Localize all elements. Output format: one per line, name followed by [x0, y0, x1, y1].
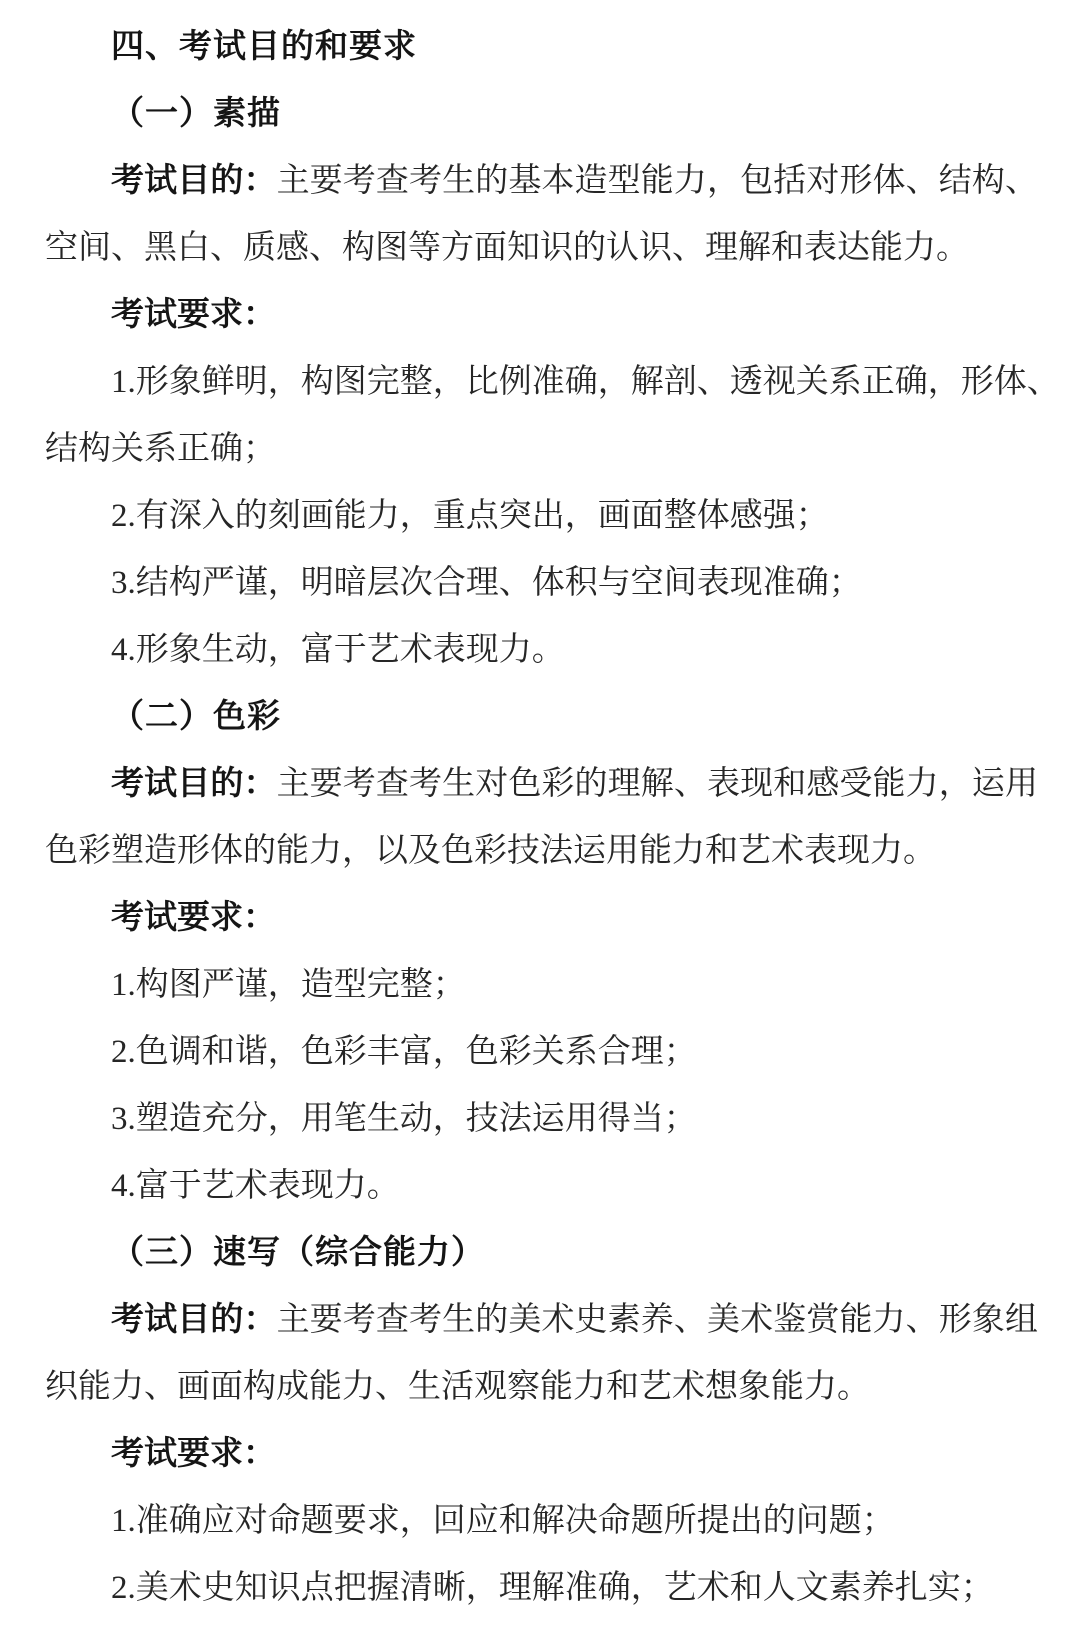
- text-line: 2.有深入的刻画能力，重点突出，画面整体感强；: [45, 483, 1038, 550]
- requirement-item: 2.美术史知识点把握清晰，理解准确，艺术和人文素养扎实；: [45, 1555, 1038, 1622]
- text-line: 考试要求：: [45, 885, 1038, 952]
- requirement-item: 4.富于艺术表现力。: [45, 1153, 1038, 1220]
- requirement-item: 3.塑造充分，用笔生动，技法运用得当；: [45, 1086, 1038, 1153]
- text-line: 考试要求：: [45, 282, 1038, 349]
- subsection-title: （一）素描: [45, 81, 1038, 148]
- text-line: 4.富于艺术表现力。: [45, 1153, 1038, 1220]
- text-line: 1.形象鲜明，构图完整，比例准确，解剖、透视关系正确，形体、: [45, 349, 1038, 416]
- document-page: 四、考试目的和要求（一）素描考试目的：主要考查考生的基本造型能力，包括对形体、结…: [0, 0, 1080, 1628]
- exam-purpose-paragraph: 考试目的：主要考查考生的基本造型能力，包括对形体、结构、空间、黑白、质感、构图等…: [45, 148, 1038, 282]
- line-text: 4.形象生动，富于艺术表现力。: [111, 632, 565, 668]
- text-line: 考试目的：主要考查考生的基本造型能力，包括对形体、结构、: [45, 148, 1038, 215]
- line-text: 2.有深入的刻画能力，重点突出，画面整体感强；: [111, 498, 829, 534]
- text-line: （三）速写（综合能力）: [45, 1220, 1038, 1287]
- heading-text: 四、考试目的和要求: [111, 29, 417, 65]
- requirement-item: 2.色调和谐，色彩丰富，色彩关系合理；: [45, 1019, 1038, 1086]
- line-text: 结构关系正确；: [45, 431, 276, 467]
- heading-text: （二）色彩: [111, 699, 281, 735]
- text-line: 2.色调和谐，色彩丰富，色彩关系合理；: [45, 1019, 1038, 1086]
- exam-requirements-label: 考试要求：: [45, 885, 1038, 952]
- exam-requirements-label: 考试要求：: [45, 282, 1038, 349]
- line-text: 2.色调和谐，色彩丰富，色彩关系合理；: [111, 1034, 697, 1070]
- text-line: 结构关系正确；: [45, 416, 1038, 483]
- text-line: 考试目的：主要考查考生对色彩的理解、表现和感受能力，运用: [45, 751, 1038, 818]
- text-line: 考试目的：主要考查考生的美术史素养、美术鉴赏能力、形象组: [45, 1287, 1038, 1354]
- bold-lead: 考试目的：: [111, 163, 277, 199]
- text-line: 考试要求：: [45, 1421, 1038, 1488]
- text-line: 1.构图严谨，造型完整；: [45, 952, 1038, 1019]
- line-text: 织能力、画面构成能力、生活观察能力和艺术想象能力。: [45, 1369, 870, 1405]
- bold-lead: 考试目的：: [111, 766, 277, 802]
- line-text: 主要考查考生的基本造型能力，包括对形体、结构、: [277, 163, 1038, 199]
- requirement-item: 3.结构严谨，明暗层次合理、体积与空间表现准确；: [45, 550, 1038, 617]
- line-text: 1.形象鲜明，构图完整，比例准确，解剖、透视关系正确，形体、: [111, 364, 1038, 400]
- requirement-item: 1.构图严谨，造型完整；: [45, 952, 1038, 1019]
- heading-text: 考试要求：: [111, 1436, 276, 1472]
- text-line: 四、考试目的和要求: [45, 14, 1038, 81]
- line-text: 空间、黑白、质感、构图等方面知识的认识、理解和表达能力。: [45, 230, 969, 266]
- line-text: 1.构图严谨，造型完整；: [111, 967, 466, 1003]
- requirement-item: 1.形象鲜明，构图完整，比例准确，解剖、透视关系正确，形体、结构关系正确；: [45, 349, 1038, 483]
- requirement-item: 4.形象生动，富于艺术表现力。: [45, 617, 1038, 684]
- line-text: 4.富于艺术表现力。: [111, 1168, 400, 1204]
- text-line: 空间、黑白、质感、构图等方面知识的认识、理解和表达能力。: [45, 215, 1038, 282]
- text-line: 1.准确应对命题要求，回应和解决命题所提出的问题；: [45, 1488, 1038, 1555]
- exam-requirements-label: 考试要求：: [45, 1421, 1038, 1488]
- text-line: 色彩塑造形体的能力，以及色彩技法运用能力和艺术表现力。: [45, 818, 1038, 885]
- heading-text: 考试要求：: [111, 900, 276, 936]
- requirement-item: 2.有深入的刻画能力，重点突出，画面整体感强；: [45, 483, 1038, 550]
- exam-purpose-paragraph: 考试目的：主要考查考生的美术史素养、美术鉴赏能力、形象组织能力、画面构成能力、生…: [45, 1287, 1038, 1421]
- document-body: 四、考试目的和要求（一）素描考试目的：主要考查考生的基本造型能力，包括对形体、结…: [45, 14, 1038, 1622]
- text-line: 2.美术史知识点把握清晰，理解准确，艺术和人文素养扎实；: [45, 1555, 1038, 1622]
- subsection-title: （三）速写（综合能力）: [45, 1220, 1038, 1287]
- line-text: 主要考查考生对色彩的理解、表现和感受能力，运用: [277, 766, 1038, 802]
- text-line: （二）色彩: [45, 684, 1038, 751]
- requirement-item: 1.准确应对命题要求，回应和解决命题所提出的问题；: [45, 1488, 1038, 1555]
- bold-lead: 考试目的：: [111, 1302, 277, 1338]
- line-text: 1.准确应对命题要求，回应和解决命题所提出的问题；: [111, 1503, 895, 1539]
- heading-text: （三）速写（综合能力）: [111, 1235, 485, 1271]
- line-text: 3.塑造充分，用笔生动，技法运用得当；: [111, 1101, 697, 1137]
- text-line: （一）素描: [45, 81, 1038, 148]
- line-text: 3.结构严谨，明暗层次合理、体积与空间表现准确；: [111, 565, 862, 601]
- text-line: 3.塑造充分，用笔生动，技法运用得当；: [45, 1086, 1038, 1153]
- heading-text: 考试要求：: [111, 297, 276, 333]
- heading-text: （一）素描: [111, 96, 281, 132]
- text-line: 织能力、画面构成能力、生活观察能力和艺术想象能力。: [45, 1354, 1038, 1421]
- line-text: 主要考查考生的美术史素养、美术鉴赏能力、形象组: [277, 1302, 1038, 1338]
- exam-purpose-paragraph: 考试目的：主要考查考生对色彩的理解、表现和感受能力，运用色彩塑造形体的能力，以及…: [45, 751, 1038, 885]
- section-title: 四、考试目的和要求: [45, 14, 1038, 81]
- text-line: 4.形象生动，富于艺术表现力。: [45, 617, 1038, 684]
- line-text: 色彩塑造形体的能力，以及色彩技法运用能力和艺术表现力。: [45, 833, 936, 869]
- text-line: 3.结构严谨，明暗层次合理、体积与空间表现准确；: [45, 550, 1038, 617]
- subsection-title: （二）色彩: [45, 684, 1038, 751]
- line-text: 2.美术史知识点把握清晰，理解准确，艺术和人文素养扎实；: [111, 1570, 994, 1606]
